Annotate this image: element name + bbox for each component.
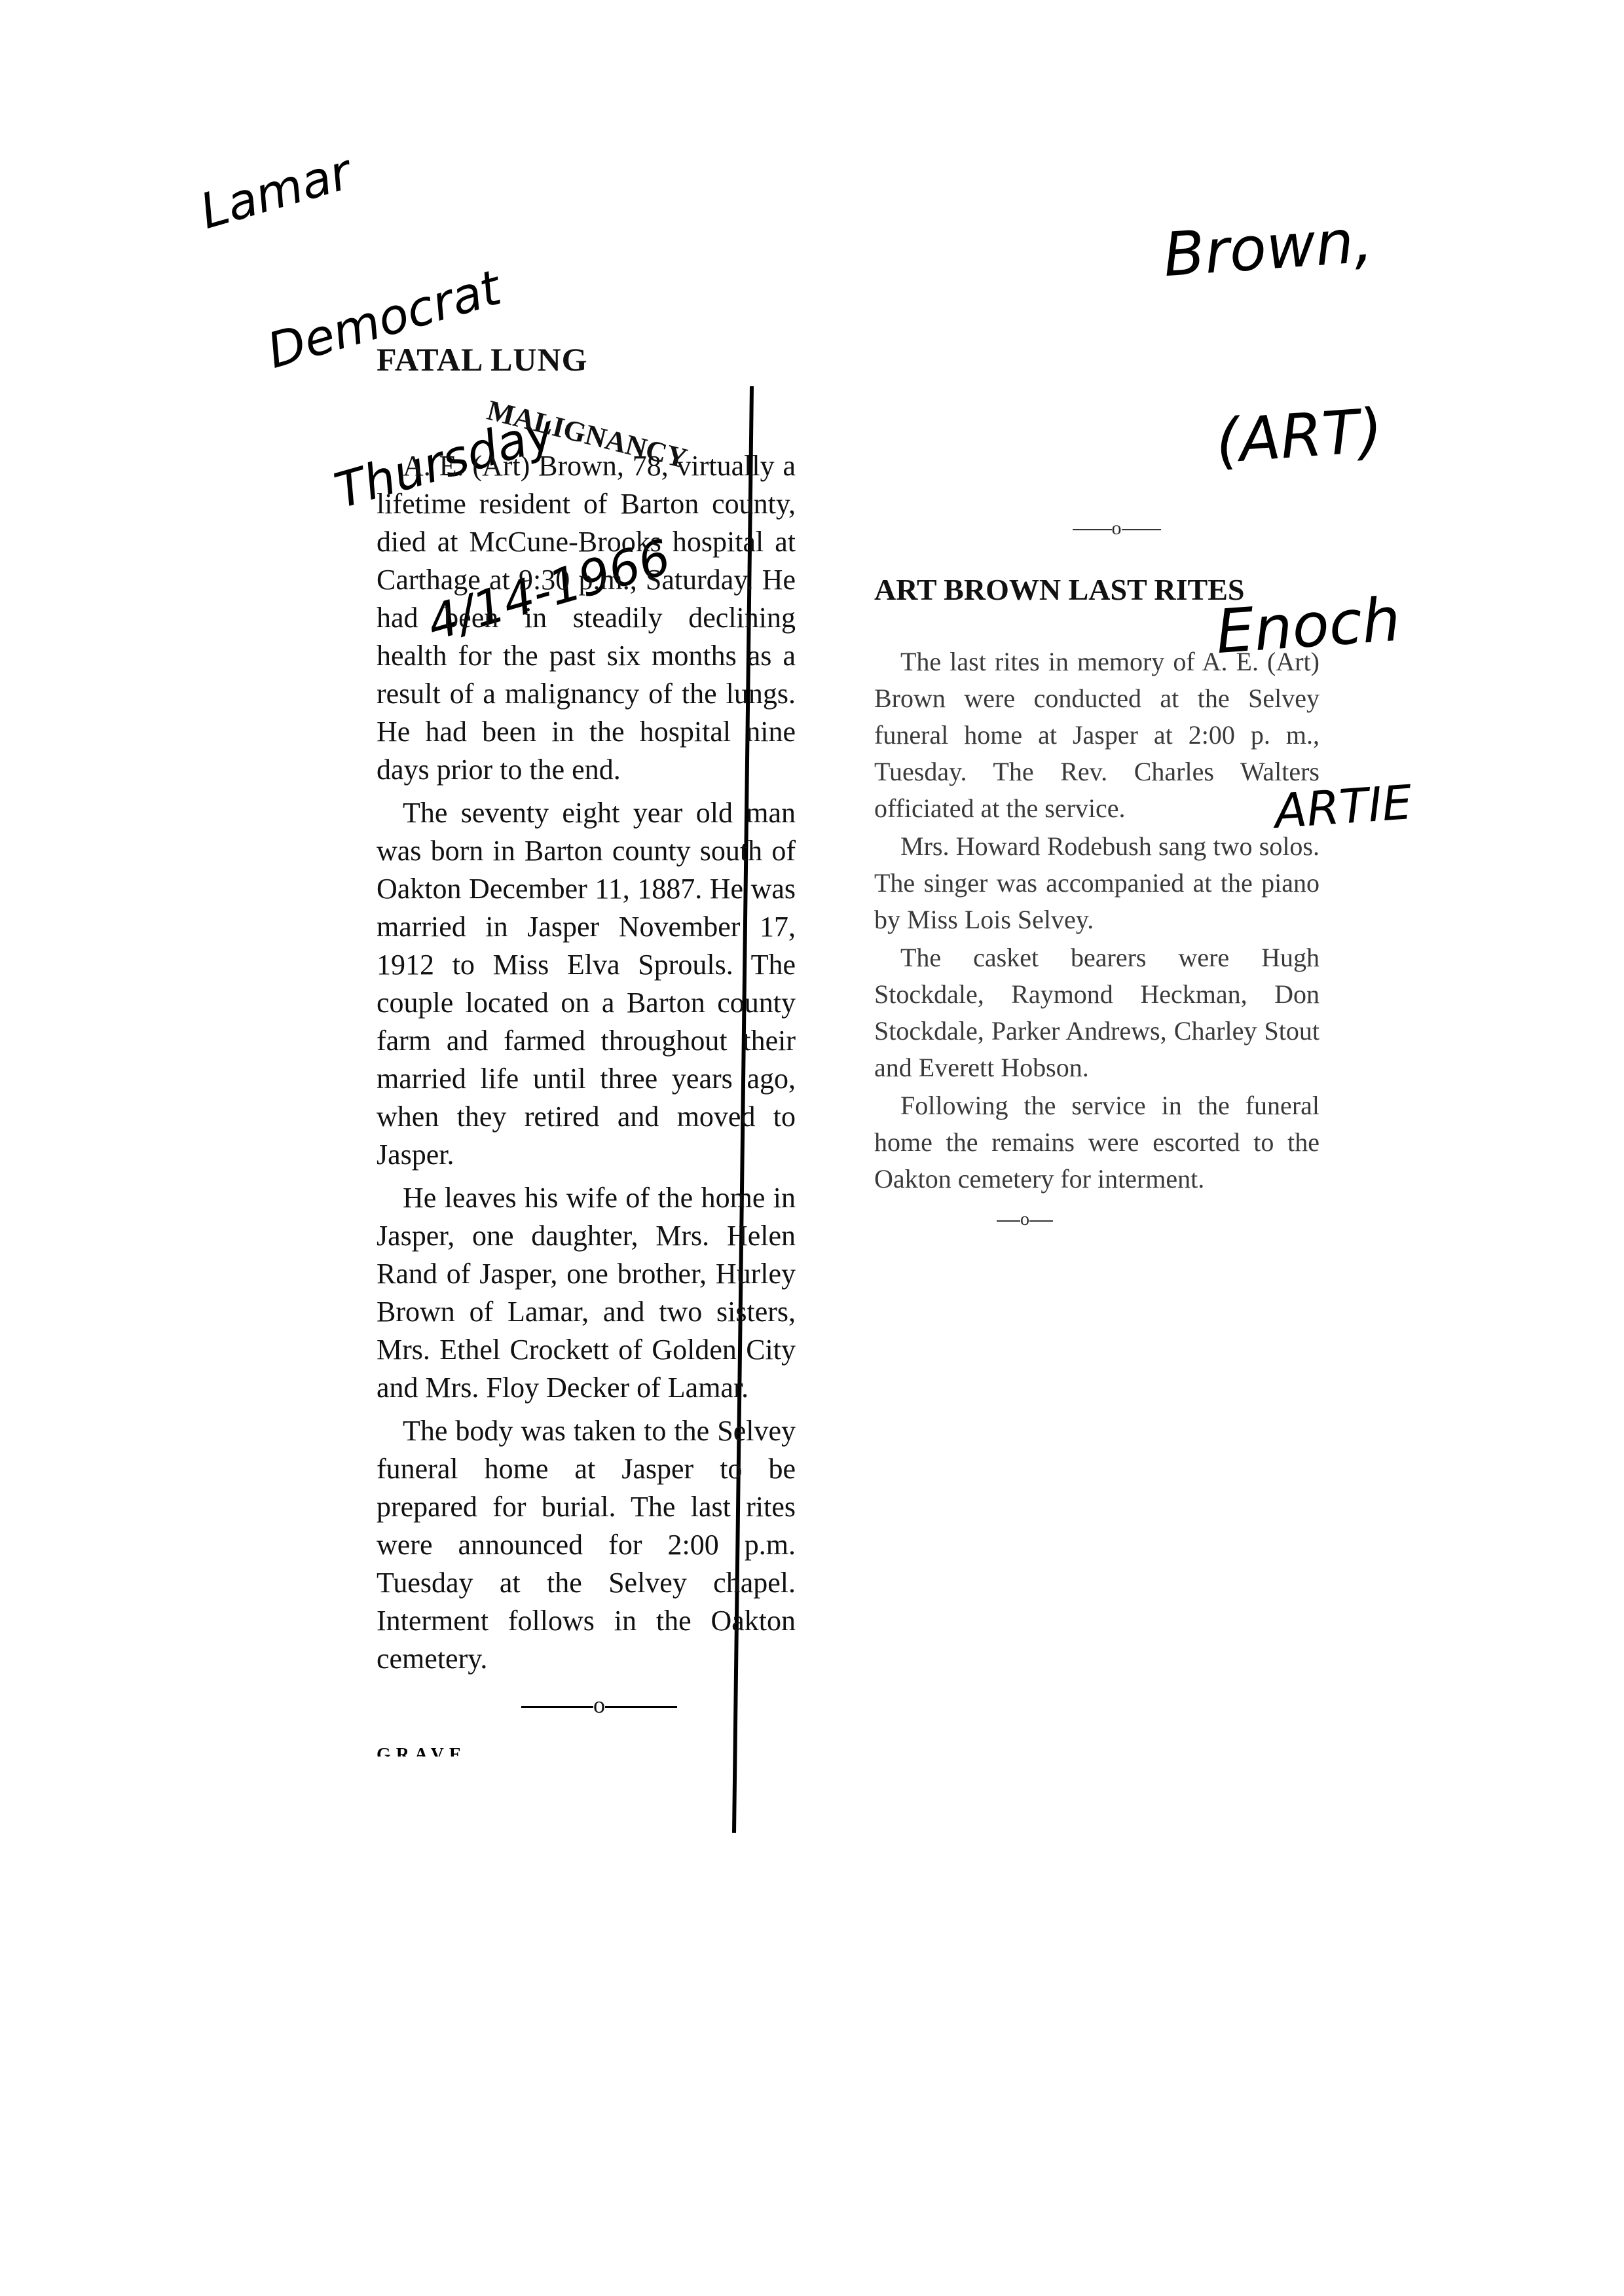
handwritten-newspaper-name-line1: Lamar (195, 92, 550, 238)
separator-glyph: o (1112, 517, 1122, 539)
separator-dash (1122, 529, 1161, 530)
section-separator-top: o (900, 517, 1333, 539)
obituary-paragraph: The seventy eight year old man was born … (377, 794, 796, 1174)
separator-dash (521, 1706, 593, 1708)
handwritten-surname: Brown, (1161, 210, 1376, 287)
last-rites-headline: ART BROWN LAST RITES (874, 572, 1333, 607)
obituary-paragraph: A. E. (Art) Brown, 78, virtually a lifet… (377, 447, 796, 789)
last-rites-clipping: o ART BROWN LAST RITES The last rites in… (874, 517, 1333, 1230)
separator-dash (1073, 529, 1112, 530)
section-separator-bottom: o (874, 1209, 1175, 1230)
obituary-clipping: FATAL LUNG MALIGNANCY A. E. (Art) Brown,… (377, 340, 822, 1757)
separator-dash (997, 1220, 1020, 1222)
last-rites-body: The last rites in memory of A. E. (Art) … (874, 644, 1319, 1197)
separator-glyph: o (1020, 1209, 1029, 1230)
obituary-headline-line1: FATAL LUNG (377, 340, 822, 378)
obituary-body: A. E. (Art) Brown, 78, virtually a lifet… (377, 447, 796, 1678)
separator-dash (605, 1706, 677, 1708)
section-separator: o (377, 1691, 822, 1719)
obituary-paragraph: He leaves his wife of the home in Jasper… (377, 1179, 796, 1407)
last-rites-paragraph: Following the service in the funeral hom… (874, 1087, 1319, 1197)
last-rites-paragraph: Mrs. Howard Rodebush sang two solos. The… (874, 828, 1319, 938)
cutoff-next-headline: GRAVE (377, 1745, 534, 1757)
obituary-paragraph: The body was taken to the Selvey funeral… (377, 1412, 796, 1678)
separator-glyph: o (593, 1692, 605, 1718)
handwritten-nickname: (ART) (1214, 399, 1390, 474)
separator-dash (1029, 1220, 1053, 1222)
last-rites-paragraph: The casket bearers were Hugh Stockdale, … (874, 939, 1319, 1086)
last-rites-paragraph: The last rites in memory of A. E. (Art) … (874, 644, 1319, 827)
